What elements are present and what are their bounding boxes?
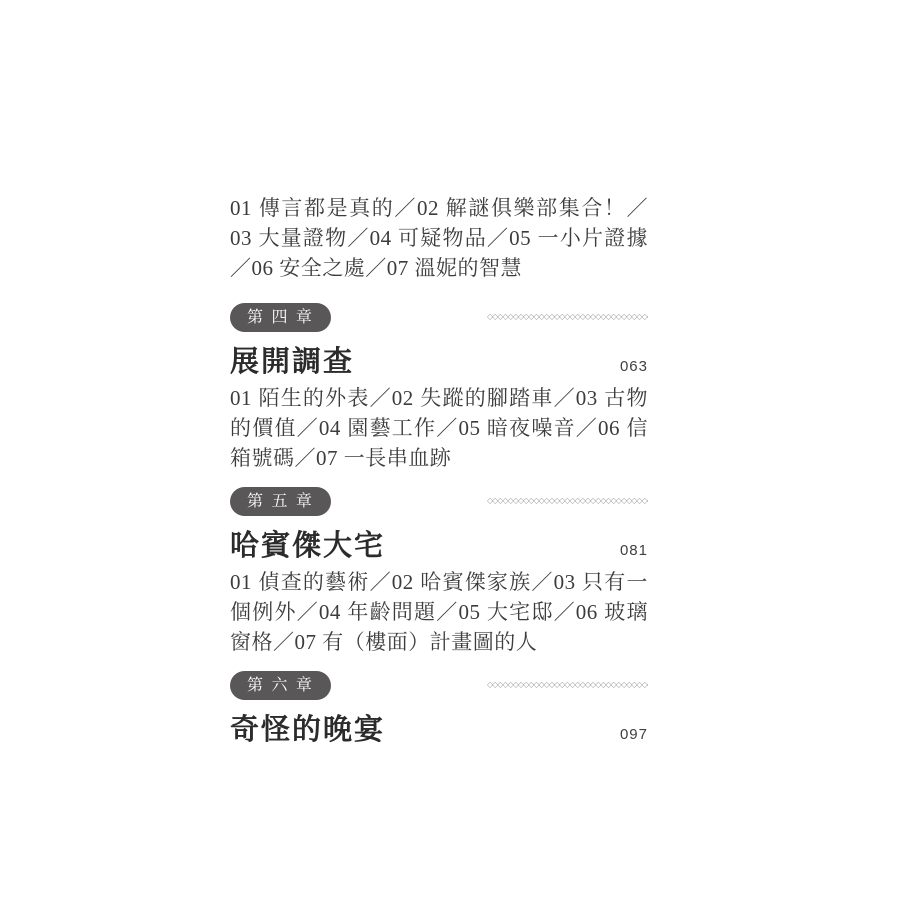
diamond-chain-ornament: ◇◇◇◇◇◇◇◇◇◇◇◇◇◇◇◇◇◇◇◇◇◇◇◇◇◇◇◇◇◇◇◇◇◇◇◇◇◇◇◇…	[487, 681, 648, 689]
chapter4-section-list: 01 陌生的外表／02 失蹤的腳踏車／03 古物的價值／04 園藝工作／05 暗…	[230, 383, 648, 473]
chapter4-page-number: 063	[620, 358, 648, 375]
chapter6-title-row: 奇怪的晚宴 097	[230, 712, 648, 748]
carryover-section-list: 01 傳言都是真的／02 解謎俱樂部集合！／03 大量證物／04 可疑物品／05…	[230, 193, 648, 283]
chapter4-badge: 第 四 章	[230, 303, 331, 332]
chapter6-badge: 第 六 章	[230, 671, 331, 700]
chapter5-section-list: 01 偵查的藝術／02 哈賓傑家族／03 只有一個例外／04 年齡問題／05 大…	[230, 567, 648, 657]
chapter5-page-number: 081	[620, 542, 648, 559]
diamond-chain-ornament: ◇◇◇◇◇◇◇◇◇◇◇◇◇◇◇◇◇◇◇◇◇◇◇◇◇◇◇◇◇◇◇◇◇◇◇◇◇◇◇◇…	[487, 497, 648, 505]
chapter4-badge-row: 第 四 章 ◇◇◇◇◇◇◇◇◇◇◇◇◇◇◇◇◇◇◇◇◇◇◇◇◇◇◇◇◇◇◇◇◇◇…	[230, 302, 648, 332]
chapter5-title: 哈賓傑大宅	[230, 528, 385, 564]
chapter6-page-number: 097	[620, 726, 648, 743]
chapter5-title-row: 哈賓傑大宅 081	[230, 528, 648, 564]
chapter4-title-row: 展開調查 063	[230, 344, 648, 380]
chapter5-badge: 第 五 章	[230, 487, 331, 516]
chapter6-badge-row: 第 六 章 ◇◇◇◇◇◇◇◇◇◇◇◇◇◇◇◇◇◇◇◇◇◇◇◇◇◇◇◇◇◇◇◇◇◇…	[230, 670, 648, 700]
chapter6-title: 奇怪的晚宴	[230, 712, 385, 748]
toc-page: 01 傳言都是真的／02 解謎俱樂部集合！／03 大量證物／04 可疑物品／05…	[0, 0, 900, 900]
chapter4-title: 展開調查	[230, 344, 354, 380]
chapter5-badge-row: 第 五 章 ◇◇◇◇◇◇◇◇◇◇◇◇◇◇◇◇◇◇◇◇◇◇◇◇◇◇◇◇◇◇◇◇◇◇…	[230, 486, 648, 516]
diamond-chain-ornament: ◇◇◇◇◇◇◇◇◇◇◇◇◇◇◇◇◇◇◇◇◇◇◇◇◇◇◇◇◇◇◇◇◇◇◇◇◇◇◇◇…	[487, 313, 648, 321]
